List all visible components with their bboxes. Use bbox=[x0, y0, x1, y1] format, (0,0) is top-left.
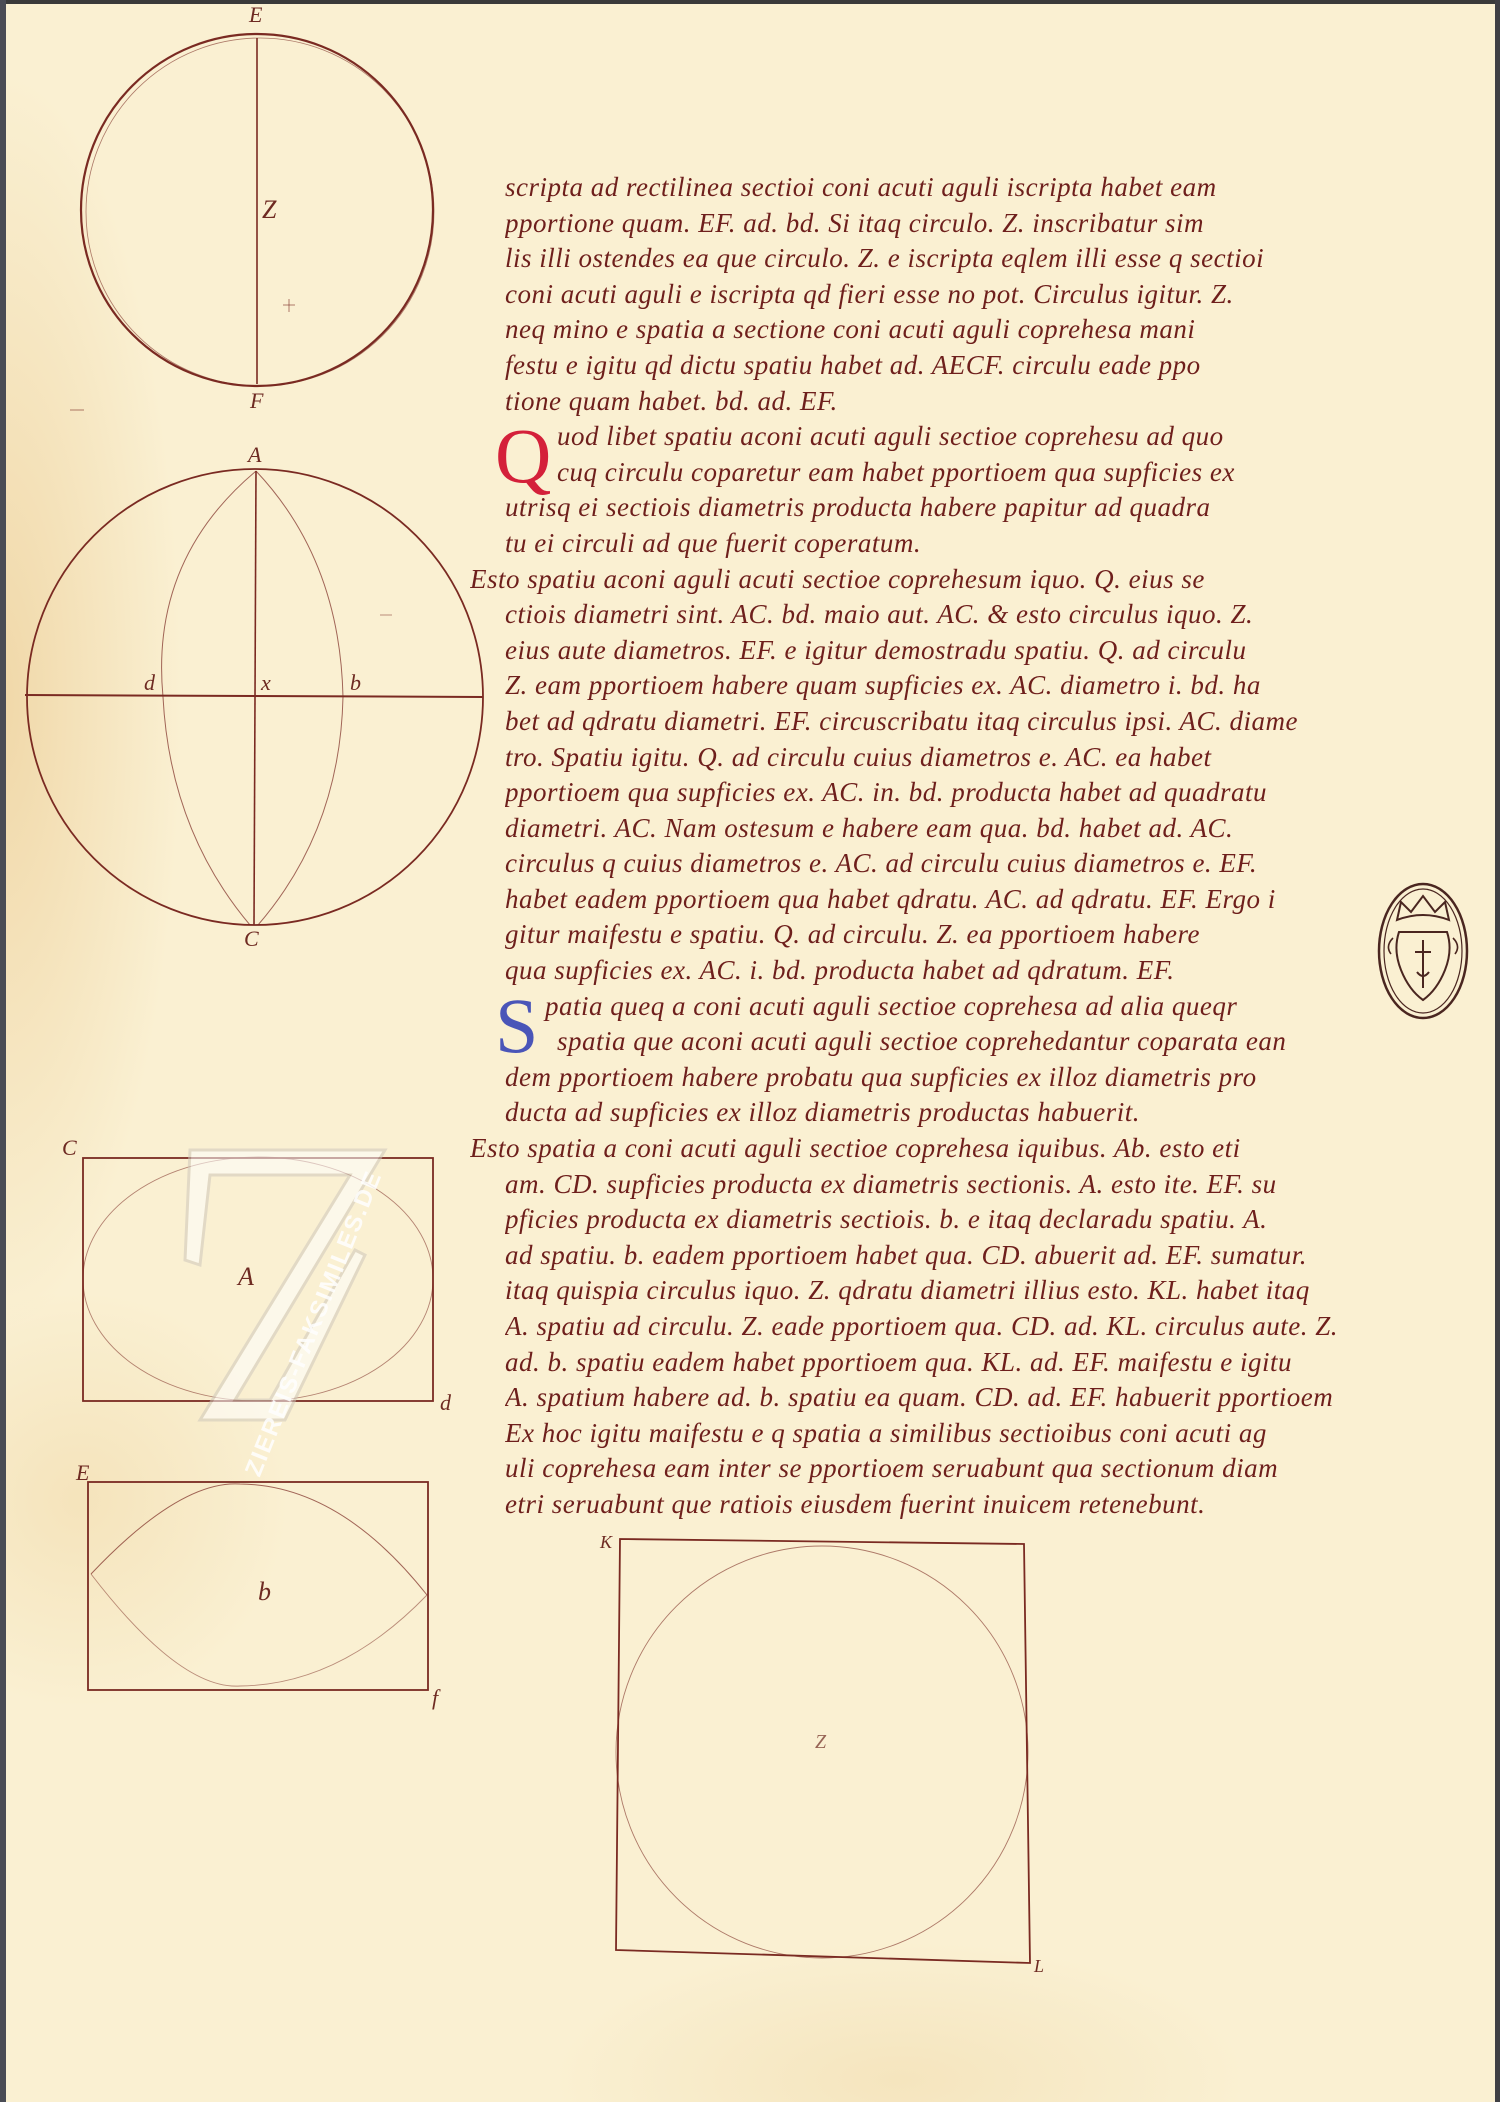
label-F: F bbox=[249, 388, 264, 413]
text-line: diametri. AC. Nam ostesum e habere eam q… bbox=[505, 811, 1385, 847]
initial-Q: Q bbox=[495, 421, 552, 491]
label-E: E bbox=[248, 2, 263, 27]
text-line: habet eadem pportioem qua habet qdratu. … bbox=[505, 882, 1385, 918]
paragraph-1: scripta ad rectilinea sectioi coni acuti… bbox=[505, 170, 1385, 419]
label-L: L bbox=[1033, 1956, 1044, 1976]
text-line: ad. b. spatiu eadem habet pportioem qua.… bbox=[505, 1345, 1385, 1381]
text-line: circulus q cuius diametros e. AC. ad cir… bbox=[505, 846, 1385, 882]
paragraph-4: S patia queq a coni acuti aguli sectioe … bbox=[505, 989, 1385, 1131]
label-b-rect: b bbox=[258, 1577, 271, 1606]
text-line: utrisq ei sectiois diametris producta ha… bbox=[505, 490, 1385, 526]
text-line: festu e igitu qd dictu spatiu habet ad. … bbox=[505, 348, 1385, 384]
paragraph-2: Q uod libet spatiu aconi acuti aguli sec… bbox=[505, 419, 1385, 561]
label-Z: Z bbox=[262, 195, 277, 224]
text-line: ducta ad supficies ex illoz diametris pr… bbox=[505, 1095, 1385, 1131]
label-b: b bbox=[350, 670, 361, 695]
text-line: A. spatiu ad circulu. Z. eade pportioem … bbox=[505, 1309, 1385, 1345]
label-C: C bbox=[244, 926, 259, 951]
text-line: Esto spatiu aconi aguli acuti sectioe co… bbox=[470, 562, 1385, 598]
label-f-rect: f bbox=[432, 1685, 441, 1710]
text-line: A. spatium habere ad. b. spatiu ea quam.… bbox=[505, 1380, 1385, 1416]
text-line: scripta ad rectilinea sectioi coni acuti… bbox=[505, 170, 1385, 206]
text-line: tro. Spatiu igitu. Q. ad circulu cuius d… bbox=[505, 740, 1385, 776]
text-line: dem pportioem habere probatu qua supfici… bbox=[505, 1060, 1385, 1096]
text-line: ad spatiu. b. eadem pportioem habet qua.… bbox=[505, 1238, 1385, 1274]
label-x: x bbox=[260, 670, 271, 695]
initial-S: S bbox=[495, 991, 539, 1061]
text-line: pportioem qua supficies ex. AC. in. bd. … bbox=[505, 775, 1385, 811]
text-line: spatia que aconi acuti aguli sectioe cop… bbox=[505, 1024, 1385, 1060]
text-line: ctiois diametri sint. AC. bd. maio aut. … bbox=[505, 597, 1385, 633]
label-Z-square: Z bbox=[815, 1731, 827, 1753]
figure-circle-ac bbox=[25, 469, 483, 925]
text-line: pportione quam. EF. ad. bd. Si itaq circ… bbox=[505, 206, 1385, 242]
text-line: eius aute diametros. EF. e igitur demost… bbox=[505, 633, 1385, 669]
library-stamp-icon bbox=[1375, 880, 1471, 1022]
text-line: qua supficies ex. AC. i. bd. producta ha… bbox=[505, 953, 1385, 989]
paragraph-3: Esto spatiu aconi aguli acuti sectioe co… bbox=[505, 562, 1385, 989]
label-A: A bbox=[246, 442, 262, 467]
text-line: Ex hoc igitu maifestu e q spatia a simil… bbox=[505, 1416, 1385, 1452]
label-d-rect: d bbox=[440, 1390, 452, 1415]
text-line: patia queq a coni acuti aguli sectioe co… bbox=[505, 989, 1385, 1025]
text-line: tu ei circuli ad que fuerit coperatum. bbox=[505, 526, 1385, 562]
text-line: uod libet spatiu aconi acuti aguli secti… bbox=[505, 419, 1385, 455]
label-E-rect: E bbox=[75, 1460, 90, 1485]
text-line: etri seruabunt que ratiois eiusdem fueri… bbox=[505, 1487, 1385, 1523]
text-line: lis illi ostendes ea que circulo. Z. e i… bbox=[505, 241, 1385, 277]
text-line: tione quam habet. bd. ad. EF. bbox=[505, 384, 1385, 420]
text-line: uli coprehesa eam inter se pportioem ser… bbox=[505, 1451, 1385, 1487]
paragraph-5: Esto spatia a coni acuti aguli sectioe c… bbox=[505, 1131, 1385, 1523]
text-line: bet ad qdratu diametri. EF. circuscribat… bbox=[505, 704, 1385, 740]
text-line: gitur maifestu e spatiu. Q. ad circulu. … bbox=[505, 917, 1385, 953]
text-line: Z. eam pportioem habere quam supficies e… bbox=[505, 668, 1385, 704]
text-line: neq mino e spatia a sectione coni acuti … bbox=[505, 312, 1385, 348]
manuscript-text: scripta ad rectilinea sectioi coni acuti… bbox=[505, 170, 1385, 1523]
figure-circle-ef bbox=[70, 34, 434, 410]
text-line: cuq circulu coparetur eam habet pportioe… bbox=[505, 455, 1385, 491]
label-K: K bbox=[599, 1532, 613, 1552]
label-d: d bbox=[144, 670, 156, 695]
label-C-rect: C bbox=[62, 1135, 77, 1160]
text-line: Esto spatia a coni acuti aguli sectioe c… bbox=[470, 1131, 1385, 1167]
text-line: coni acuti aguli e iscripta qd fieri ess… bbox=[505, 277, 1385, 313]
text-line: am. CD. supficies producta ex diametris … bbox=[505, 1167, 1385, 1203]
text-line: pficies producta ex diametris sectiois. … bbox=[505, 1202, 1385, 1238]
text-line: itaq quispia circulus iquo. Z. qdratu di… bbox=[505, 1273, 1385, 1309]
